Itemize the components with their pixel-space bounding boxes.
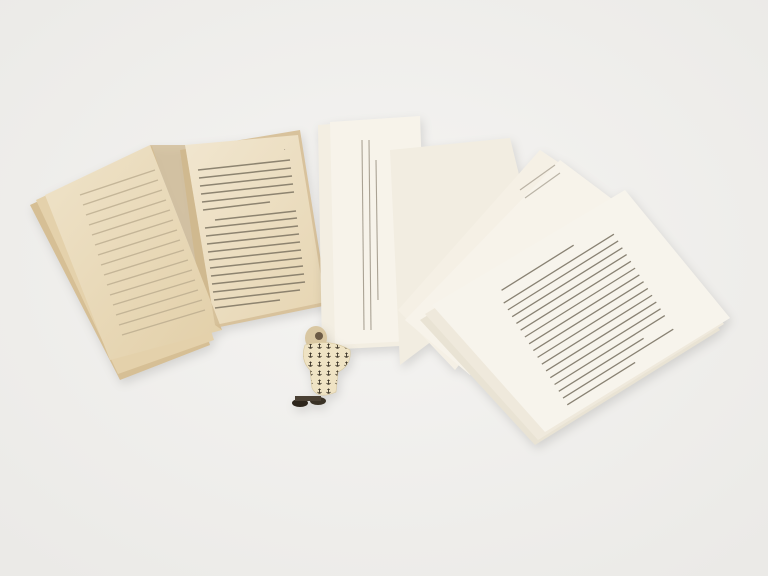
scene-illustration: . <box>0 0 768 576</box>
photo-scene: Open aged book, fanned stack of loose ty… <box>0 0 768 576</box>
